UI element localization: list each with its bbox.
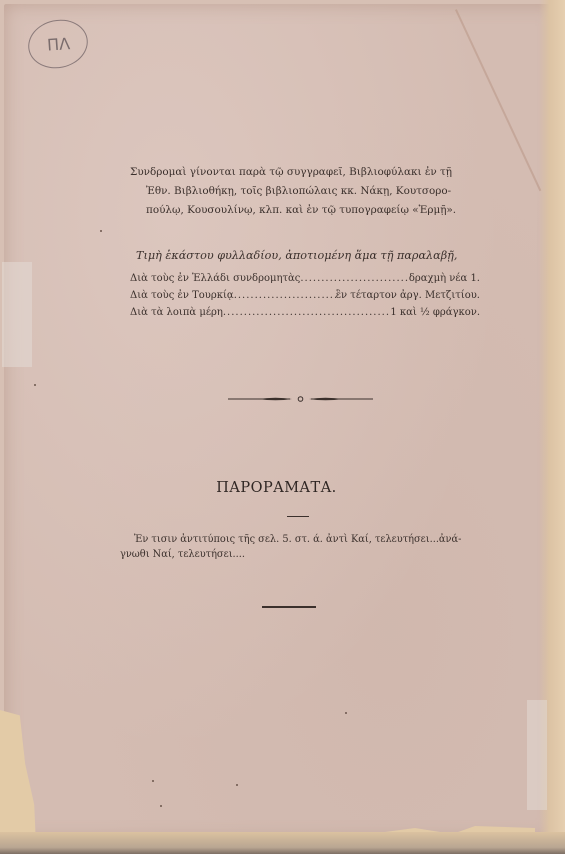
price-value: ἓν τέταρτον ἀργ. Μετζιτίου. [336,287,480,304]
short-rule [287,516,309,517]
foxing-speck [236,784,238,786]
foxing-speck [100,230,102,232]
foxing-speck [345,712,347,714]
price-value: 1 καὶ ½ φράγκον. [390,304,480,321]
price-row: Διὰ τὰ λοιπὰ μέρη 1 καὶ ½ φράγκον. [130,304,480,321]
subscription-line: πούλῳ, Κουσουλίνῳ, κλπ. καὶ ἐν τῷ τυπογρ… [130,201,480,220]
paper-edge-bottom [0,832,565,854]
price-label: Διὰ τοὺς ἐν Τουρκίᾳ [130,287,234,304]
tape-repair-right [527,700,547,810]
foxing-speck [152,780,154,782]
price-value: δραχμὴ νέα 1. [409,270,480,287]
price-list: Διὰ τοὺς ἐν Ἑλλάδι συνδρομητὰς δραχμὴ νέ… [130,270,480,321]
errata-heading: ΠΑΡΟΡΑΜΑΤΑ. [0,480,553,496]
subscription-line: Ἐθν. Βιβλιοθήκῃ, τοῖς βιβλιοπώλαις κκ. Ν… [130,182,480,201]
dot-leader [234,287,336,304]
errata-line: Ἐν τισιν ἀντιτύποις τῆς σελ. 5. στ. ά. ἀ… [120,532,475,547]
foxing-speck [160,805,162,807]
subscription-line: Συνδρομαὶ γίνονται παρὰ τῷ συγγραφεῖ, Βι… [130,163,480,182]
errata-line: γνωθι Ναί, τελευτήσει.... [120,547,475,562]
price-row: Διὰ τοὺς ἐν Τουρκίᾳ ἓν τέταρτον ἀργ. Μετ… [130,287,480,304]
pencil-annotation-text: ΠΛ [46,34,70,55]
price-title: Τιμὴ ἑκάστου φυλλαδίου, ἀποτιομένη ἅμα τ… [130,246,486,265]
scanned-page: ΠΛ Συνδρομαὶ γίνονται παρὰ τῷ συγγραφεῖ,… [0,0,565,854]
price-row: Διὰ τοὺς ἐν Ἑλλάδι συνδρομητὰς δραχμὴ νέ… [130,270,480,287]
errata-text: Ἐν τισιν ἀντιτύποις τῆς σελ. 5. στ. ά. ἀ… [120,532,475,562]
closing-rule [262,606,316,608]
tape-repair-left [2,262,32,367]
foxing-speck [34,384,36,386]
price-label: Διὰ τοὺς ἐν Ἑλλάδι συνδρομητὰς [130,270,300,287]
dot-leader [223,304,390,321]
price-label: Διὰ τὰ λοιπὰ μέρη [130,304,223,321]
ornamental-divider [228,395,373,403]
subscription-notice: Συνδρομαὶ γίνονται παρὰ τῷ συγγραφεῖ, Βι… [130,163,480,220]
dot-leader [300,270,409,287]
paper-sheet [4,4,557,840]
